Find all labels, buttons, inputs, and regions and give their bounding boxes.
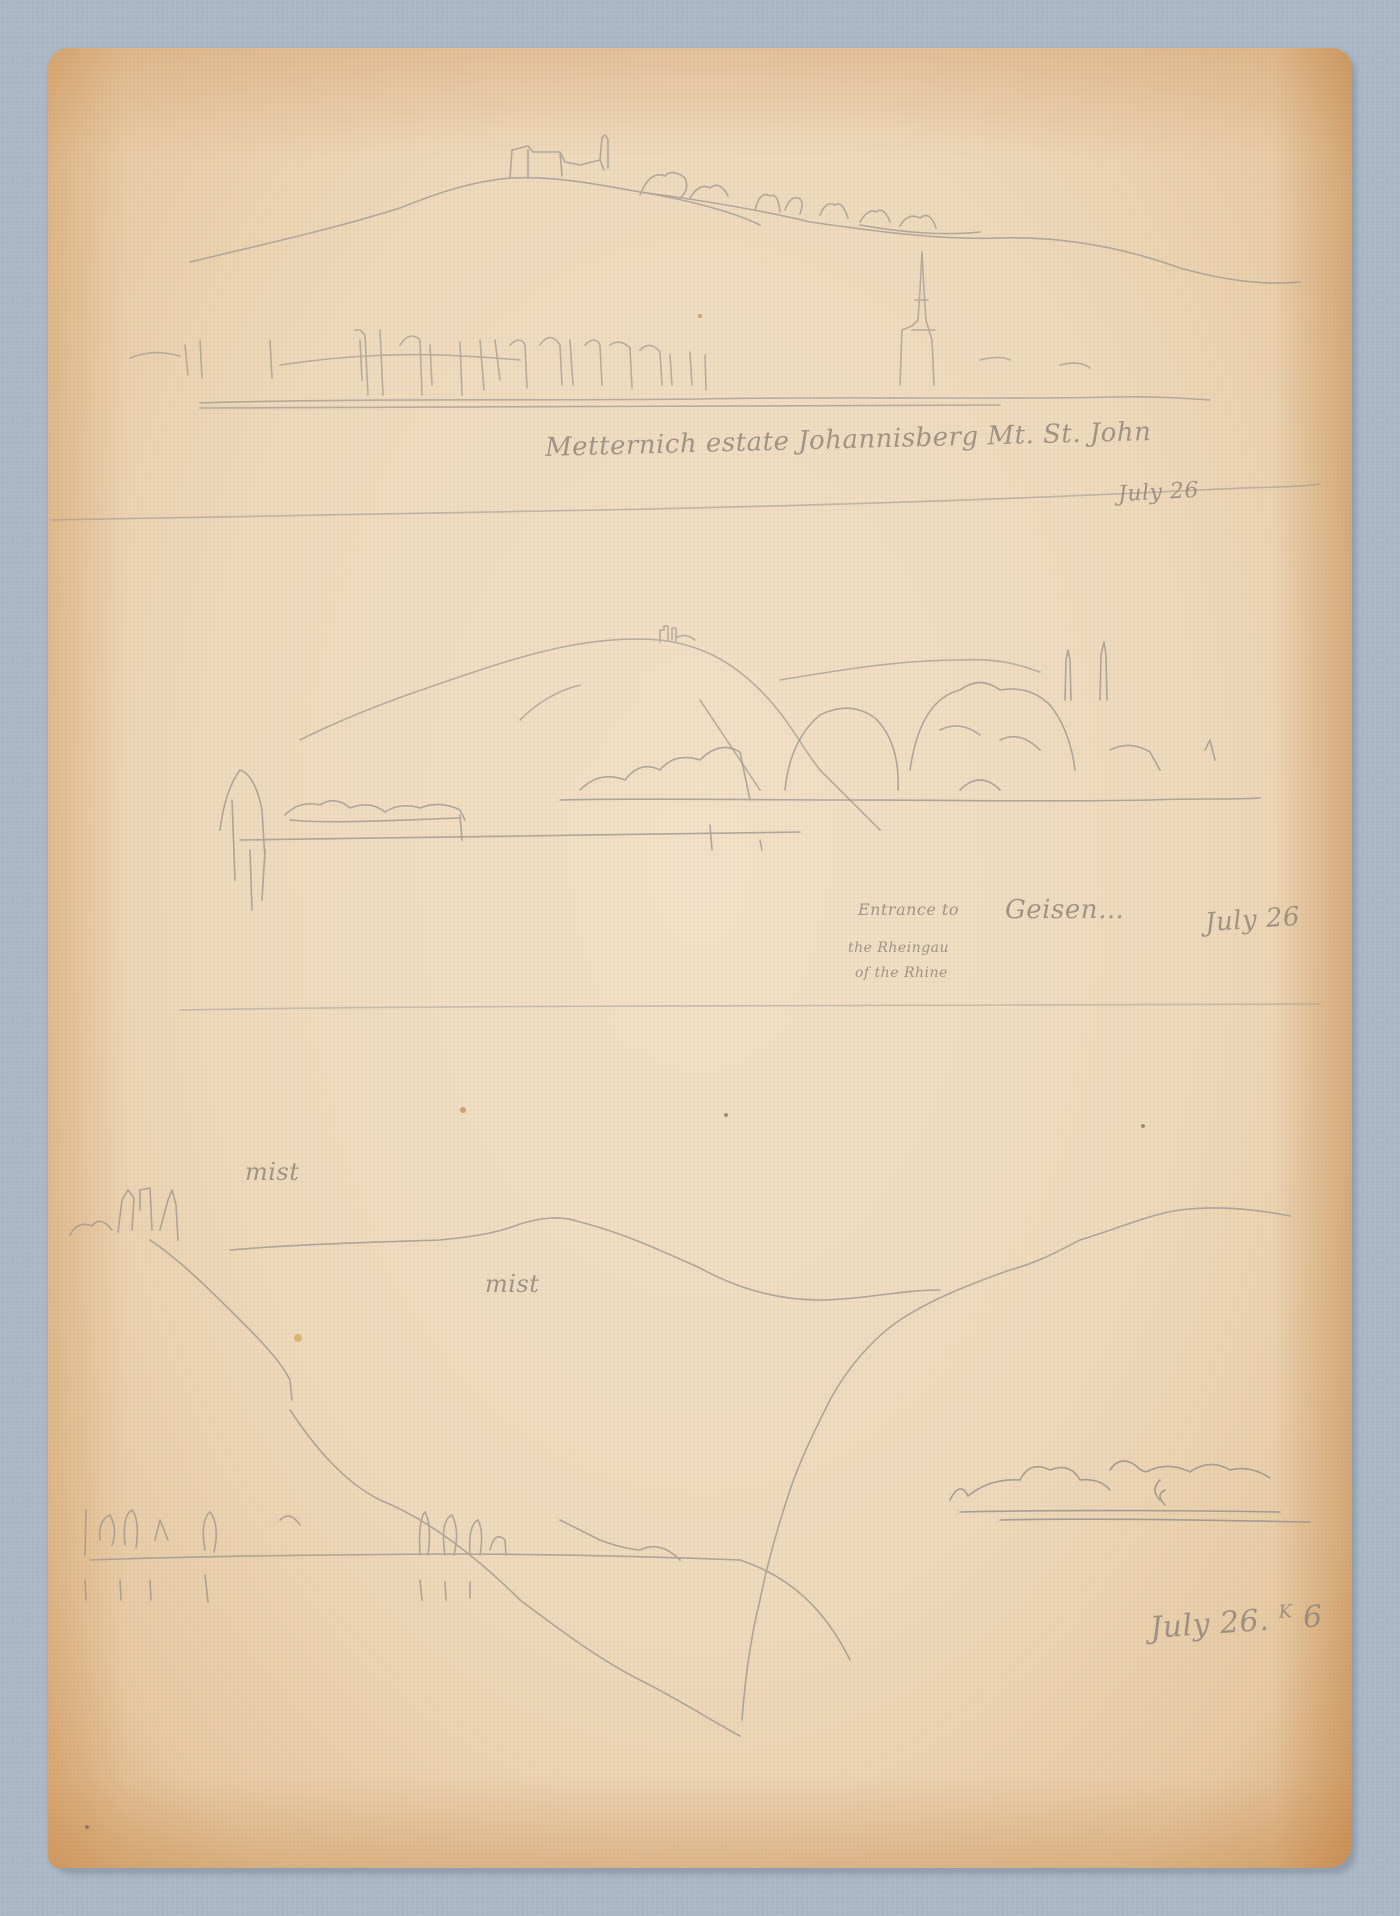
mist-label-1: mist bbox=[245, 1158, 299, 1186]
middle-note-line-2: the Rheingau bbox=[848, 940, 949, 956]
bottom-sketch-tree-clump bbox=[950, 1461, 1310, 1522]
middle-sketch-trees-church bbox=[220, 642, 1260, 910]
middle-note-line-1: Entrance to bbox=[858, 900, 959, 919]
middle-divider-line bbox=[180, 1004, 1320, 1010]
middle-note-line-3: of the Rhine bbox=[855, 965, 948, 981]
middle-place: Geisen… bbox=[1005, 895, 1124, 925]
bottom-date-suffix: 6 bbox=[1302, 1599, 1324, 1635]
top-date: July 26 bbox=[1117, 478, 1199, 507]
mist-label-2: mist bbox=[485, 1270, 539, 1298]
bottom-date-superscript: K bbox=[1278, 1601, 1293, 1623]
top-sketch-town-skyline bbox=[130, 252, 1210, 408]
bottom-sketch-valley bbox=[70, 1188, 1290, 1736]
foxing-spots bbox=[85, 314, 1145, 1829]
top-sketch-hilltop bbox=[190, 135, 1300, 283]
